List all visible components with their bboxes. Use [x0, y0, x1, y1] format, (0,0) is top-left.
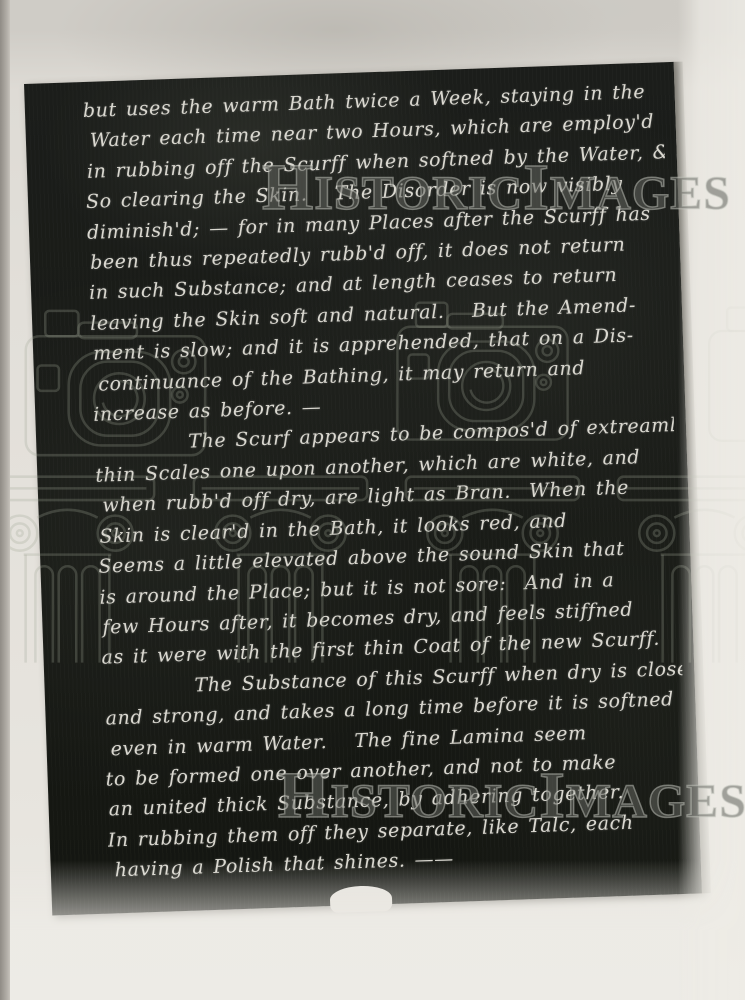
press-photo-scan: but uses the warm Bath twice a Week, sta…: [0, 0, 745, 1000]
column-watermark-icon: [612, 452, 745, 664]
column-watermark-icon: [400, 452, 585, 664]
photo-edge-strip: [0, 0, 10, 1000]
camera-watermark-icon: [18, 306, 213, 464]
paper-tear-notch: [330, 885, 393, 913]
column-watermark-icon: [0, 452, 160, 664]
camera-watermark-icon: [390, 298, 575, 448]
handwritten-text: but uses the warm Bath twice a Week, sta…: [82, 76, 689, 905]
camera-watermark-icon: [702, 302, 745, 450]
column-watermark-icon: [188, 452, 373, 664]
